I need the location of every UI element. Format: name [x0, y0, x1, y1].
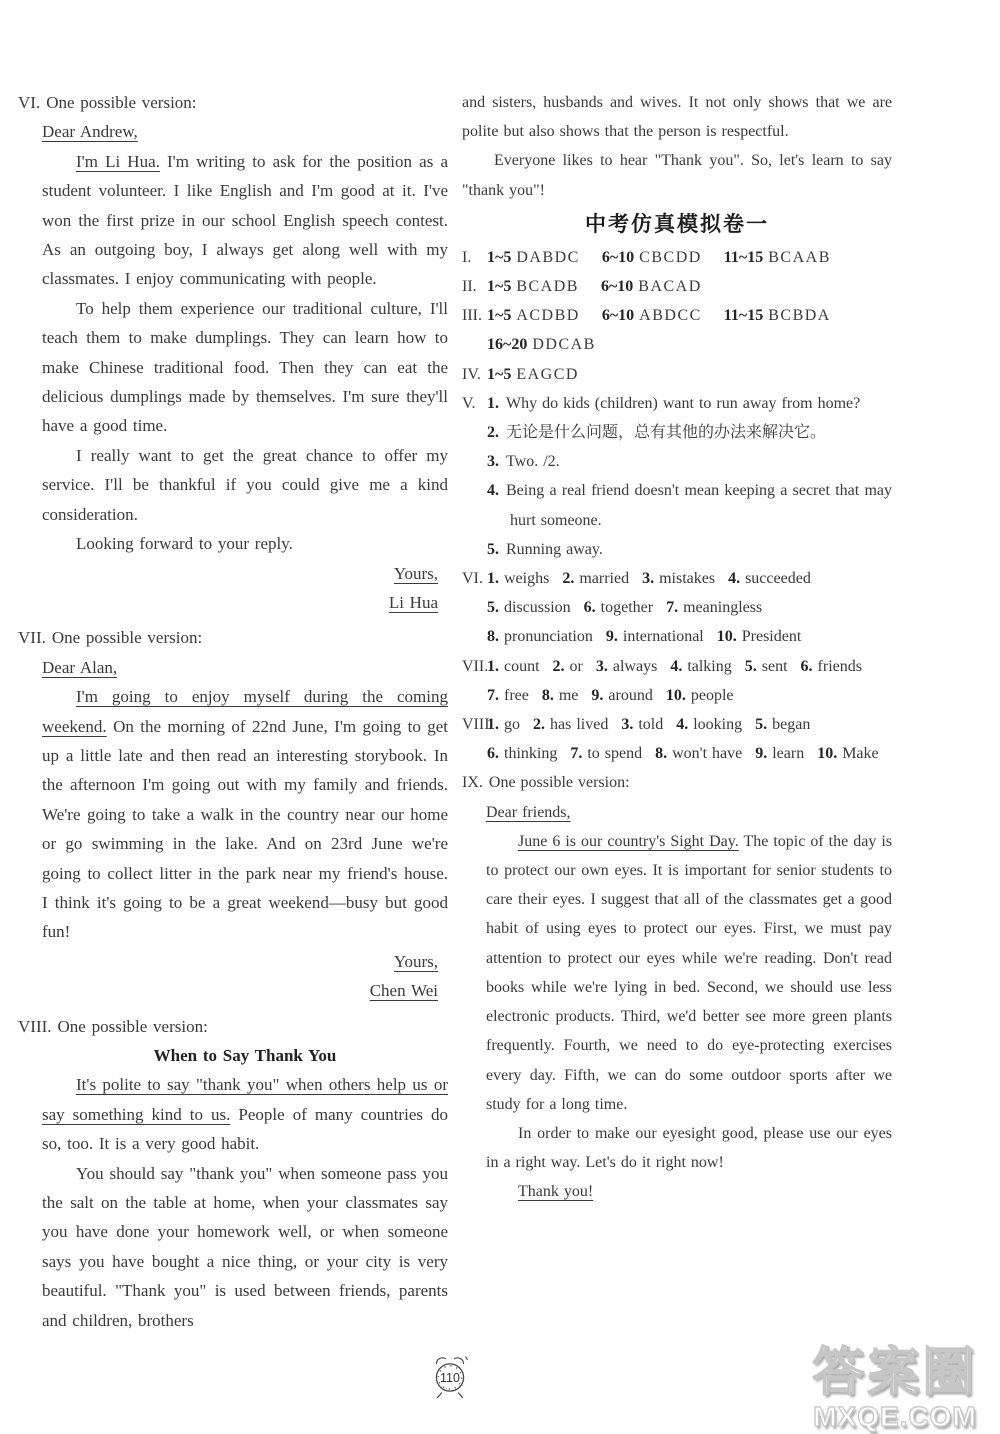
answer-item: 10.Make — [817, 739, 878, 768]
answer-item: 4.talking — [670, 652, 731, 681]
essay-paragraph: It's polite to say "thank you" when othe… — [42, 1070, 448, 1158]
letter-body: Dear Alan, I'm going to enjoy myself dur… — [18, 653, 448, 1006]
answer-item: 7.to spend — [570, 739, 642, 768]
answer-item: 1.count — [487, 652, 540, 681]
answer-item: 1~5BCADB — [487, 272, 579, 301]
section-head-label: One possible version: — [489, 774, 630, 791]
answer-items: 1~5EAGCD — [487, 366, 601, 383]
letter-paragraph: Looking forward to your reply. — [42, 529, 448, 558]
answer-item: 6~10BACAD — [601, 272, 702, 301]
section-vi: VI.One possible version: Dear Andrew, I'… — [18, 88, 448, 617]
section-numeral: VII. — [18, 628, 46, 647]
answer-item: 2.or — [553, 652, 583, 681]
answer-item: 8.pronunciation — [487, 622, 593, 651]
right-column: and sisters, husbands and wives. It not … — [462, 88, 892, 1207]
section-viii: VIII.One possible version: When to Say T… — [18, 1012, 448, 1335]
letter-greeting: Dear Andrew, — [42, 117, 448, 146]
section-head-label: One possible version: — [52, 628, 202, 647]
answer-item: 1~5ACDBD — [487, 301, 580, 330]
answer-row-7: VII. 1.count2.or3.always4.talking5.sent6… — [462, 652, 892, 710]
section-ix: IX.One possible version: Dear friends, J… — [462, 768, 892, 1206]
answer-item: 1.Why do kids (children) want to run awa… — [487, 389, 892, 418]
answer-item: 3.mistakes — [642, 564, 715, 593]
answer-items: 1.weighs2.married3.mistakes4.succeeded5.… — [487, 570, 824, 645]
letter-signature: Yours, — [42, 559, 448, 588]
left-column: VI.One possible version: Dear Andrew, I'… — [18, 88, 448, 1335]
answer-item: 9.learn — [755, 739, 804, 768]
section-head-label: One possible version: — [46, 93, 196, 112]
answer-item: 6.thinking — [487, 739, 557, 768]
answer-item: 6~10ABDCC — [602, 301, 702, 330]
letter-greeting: Dear friends, — [486, 798, 892, 827]
letter-body: Dear Andrew, I'm Li Hua. I'm writing to … — [18, 117, 448, 617]
answer-items: 1.go2.has lived3.told4.looking5.began6.t… — [487, 716, 892, 762]
essay-title: When to Say Thank You — [42, 1041, 448, 1070]
answer-items: 1~5BCADB6~10BACAD — [487, 278, 724, 295]
essay-continuation: and sisters, husbands and wives. It not … — [462, 88, 892, 146]
section-numeral: VII. — [462, 652, 488, 681]
answer-items: 1~5ACDBD6~10ABDCC11~15BCBDA16~20DDCAB — [487, 307, 853, 353]
watermark: 答案圈 MXQE.COM — [800, 1344, 990, 1432]
answer-item: 2.married — [562, 564, 629, 593]
answer-item: 2.无论是什么问题，总有其他的办法来解决它。 — [487, 418, 892, 447]
answer-row-4: IV. 1~5EAGCD — [462, 360, 892, 389]
section-numeral: II. — [462, 272, 477, 301]
answer-row-8: VIII. 1.go2.has lived3.told4.looking5.be… — [462, 710, 892, 768]
answer-item: 6.together — [584, 593, 653, 622]
essay-continuation: Everyone likes to hear "Thank you". So, … — [462, 146, 892, 204]
answer-item: 8.won't have — [655, 739, 742, 768]
answer-item: 5.Running away. — [487, 535, 892, 564]
answer-item: 5.sent — [745, 652, 788, 681]
answer-item: 9.around — [591, 681, 652, 710]
letter-paragraph: June 6 is our country's Sight Day. The t… — [486, 827, 892, 1119]
letter-body: Dear friends, June 6 is our country's Si… — [462, 798, 892, 1207]
alarm-clock-icon: 110 — [431, 1355, 469, 1399]
answer-item: 3.Two. /2. — [487, 447, 892, 476]
section-numeral: VI. — [18, 93, 40, 112]
essay-paragraph: You should say "thank you" when someone … — [42, 1159, 448, 1335]
answer-item: 9.international — [606, 622, 704, 651]
exam-paper-title: 中考仿真模拟卷一 — [462, 207, 892, 241]
answer-item: 8.me — [542, 681, 579, 710]
answer-item: 7.free — [487, 681, 529, 710]
section-numeral: III. — [462, 301, 482, 330]
section-viii-head: VIII.One possible version: — [18, 1012, 448, 1041]
answer-item: 10.people — [666, 681, 734, 710]
answer-row-5: V. 1.Why do kids (children) want to run … — [462, 389, 892, 564]
watermark-site: MXQE.COM — [800, 1402, 990, 1432]
answer-row-1: I. 1~5DABDC6~10CBCDD11~15BCAAB — [462, 243, 892, 272]
page-number-badge: 110 — [431, 1355, 469, 1399]
letter-closing: Thank you! — [486, 1177, 892, 1206]
answer-row-2: II. 1~5BCADB6~10BACAD — [462, 272, 892, 301]
page-number: 110 — [440, 1371, 460, 1385]
section-numeral: VIII. — [462, 710, 494, 739]
section-numeral: I. — [462, 243, 471, 272]
answer-row-3: III. 1~5ACDBD6~10ABDCC11~15BCBDA16~20DDC… — [462, 301, 892, 359]
answer-item: 4.Being a real friend doesn't mean keepi… — [487, 476, 892, 534]
answer-item: 1.weighs — [487, 564, 549, 593]
answer-item: 1~5EAGCD — [487, 360, 579, 389]
section-numeral: IX. — [462, 774, 483, 791]
section-numeral: VI. — [462, 564, 483, 593]
letter-signature-name: Li Hua — [42, 588, 448, 617]
letter-greeting: Dear Alan, — [42, 653, 448, 682]
answer-row-6: VI. 1.weighs2.married3.mistakes4.succeed… — [462, 564, 892, 652]
answer-item: 11~15BCBDA — [724, 301, 831, 330]
answer-item: 6~10CBCDD — [602, 243, 702, 272]
answer-item: 16~20DDCAB — [487, 330, 596, 359]
answer-item: 3.always — [596, 652, 657, 681]
letter-paragraph: I really want to get the great chance to… — [42, 441, 448, 529]
answer-item: 4.succeeded — [728, 564, 811, 593]
answer-items: 1~5DABDC6~10CBCDD11~15BCAAB — [487, 249, 853, 266]
answer-item: 7.meaningless — [666, 593, 762, 622]
essay-body: When to Say Thank You It's polite to say… — [18, 1041, 448, 1335]
answer-item: 11~15BCAAB — [724, 243, 831, 272]
answer-items: 1.count2.or3.always4.talking5.sent6.frie… — [487, 658, 875, 704]
answer-item: 2.has lived — [533, 710, 608, 739]
letter-paragraph: I'm going to enjoy myself during the com… — [42, 682, 448, 947]
section-numeral: IV. — [462, 360, 481, 389]
letter-signature: Yours, — [42, 947, 448, 976]
section-numeral: V. — [462, 389, 476, 418]
answer-book-page: VI.One possible version: Dear Andrew, I'… — [0, 0, 1000, 1434]
answer-item: 6.friends — [801, 652, 862, 681]
section-vi-head: VI.One possible version: — [18, 88, 448, 117]
section-ix-head: IX.One possible version: — [462, 768, 892, 797]
letter-paragraph: In order to make our eyesight good, plea… — [486, 1119, 892, 1177]
answer-item: 4.looking — [676, 710, 742, 739]
watermark-brand: 答案圈 — [800, 1344, 990, 1402]
section-vii-head: VII.One possible version: — [18, 623, 448, 652]
answer-item: 5.discussion — [487, 593, 571, 622]
section-vii: VII.One possible version: Dear Alan, I'm… — [18, 623, 448, 1005]
answer-item: 1~5DABDC — [487, 243, 580, 272]
answer-items: 1.Why do kids (children) want to run awa… — [487, 389, 892, 564]
section-numeral: VIII. — [18, 1017, 52, 1036]
section-head-label: One possible version: — [58, 1017, 208, 1036]
answer-item: 10.President — [717, 622, 802, 651]
letter-paragraph: To help them experience our traditional … — [42, 294, 448, 441]
letter-paragraph: I'm Li Hua. I'm writing to ask for the p… — [42, 147, 448, 294]
answer-item: 3.told — [621, 710, 663, 739]
answer-item: 5.began — [755, 710, 810, 739]
letter-signature-name: Chen Wei — [42, 976, 448, 1005]
